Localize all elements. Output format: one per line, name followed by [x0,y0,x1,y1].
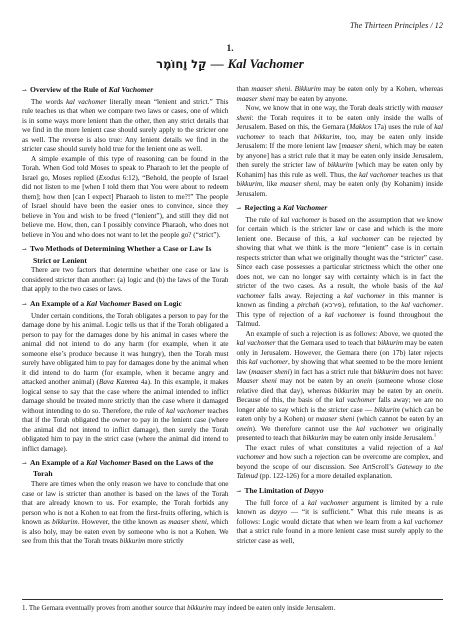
emphasis-text: kal vachomer [66,98,106,106]
footnote: 1. The Gemara eventually proves from ano… [22,599,443,613]
emphasis-text: bikkurim [373,368,399,376]
emphasis-text: pirchah [297,301,319,309]
emphasis-text: dayyo [270,508,287,516]
emphasis-text: kal vachomer [325,311,366,319]
emphasis-text: Kal Vachomer [283,203,328,212]
paragraph: There are two factors that determine whe… [22,266,229,295]
hebrew-text: פירכא [325,301,342,309]
emphasis-text: kal vachomer [237,282,444,300]
chapter-title-separator: — [211,56,224,71]
emphasis-text: maaser sheni [280,180,319,188]
chapter-title: קַל וָחוֹמֶר—Kal Vachomer [0,56,460,72]
paragraph: An example of such a rejection is as fol… [237,330,444,444]
section-marker-icon: ⊸ [237,206,245,212]
two-column-body: ⊸ Overview of the Rule of Kal VachomerTh… [22,85,443,598]
emphasis-text: onein [356,377,372,385]
paragraph: than maaser sheni. Bikkurim may be eaten… [237,85,444,104]
paragraph: The full force of a kal vachomer argumen… [237,499,444,547]
paragraph: Under certain conditions, the Torah obli… [22,312,229,455]
emphasis-text: kal vachomer [237,339,276,347]
emphasis-text: bikkurim [374,406,400,414]
section-heading: ⊸ An Example of a Kal Vachomer Based on … [22,299,229,310]
paragraph: A simple example of this type of reasoni… [22,155,229,241]
emphasis-text: Dayyo [304,486,324,495]
chapter-number: 1. [0,44,460,54]
emphasis-text: maaser sheni [251,368,289,376]
emphasis-text: Maaser sheni [237,377,277,385]
right-column: than maaser sheni. Bikkurim may be eaten… [237,85,444,598]
emphasis-text: kal vachomer [338,235,379,243]
emphasis-text: Bava Kamma [99,378,139,386]
emphasis-text: bikkurim [327,161,353,169]
emphasis-text: kal vachomer [359,171,398,179]
emphasis-text: onein [425,387,441,395]
section-marker-icon: ⊸ [22,247,30,253]
section-marker-icon: ⊸ [237,489,245,495]
footnote-ref: 1 [434,433,436,438]
emphasis-text: Makkos [349,123,371,131]
emphasis-text: kal vachomer [356,425,398,433]
emphasis-text: bikkurim [237,180,263,188]
emphasis-text: bikkurim [187,604,212,612]
section-heading: ⊸ An Example of a Kal Vachomer Based on … [22,458,229,479]
section-heading: ⊸ The Limitation of Dayyo [237,486,444,497]
emphasis-text: kal vachomer [336,396,376,404]
section-heading: ⊸ Rejecting a Kal Vachomer [237,203,444,214]
emphasis-text: bikkurim [52,518,78,526]
emphasis-text: kal vachomer [166,407,205,415]
emphasis-text: kal vachomer [404,518,443,526]
emphasis-text: maaser sheni [342,142,381,150]
book-page: The Thirteen Principles / 12 1. קַל וָחו… [0,0,460,643]
emphasis-text: bikkurim [314,133,340,141]
emphasis-text: maaser sheni [237,104,444,122]
emphasis-text: Bikkurim [295,85,321,93]
chapter-title-hebrew: קַל וָחוֹמֶר [156,57,206,71]
section-heading: ⊸ Two Methods of Determining Whether a C… [22,244,229,265]
left-column: ⊸ Overview of the Rule of Kal VachomerTh… [22,85,229,598]
emphasis-text: onein [237,425,253,433]
section-marker-icon: ⊸ [22,461,30,467]
emphasis-text: maaser sheni [251,85,290,93]
emphasis-text: maaser sheni [316,415,355,423]
paragraph: The rule of kal vachomer is based on the… [237,216,444,330]
paragraph: Now, we know that in one way, the Torah … [237,104,444,199]
emphasis-text: kal vachomer [401,301,441,309]
section-marker-icon: ⊸ [22,302,30,308]
chapter-title-latin: Kal Vachomer [228,56,304,71]
emphasis-text: bikkurim [120,537,146,545]
emphasis-text: bikkurim [334,387,360,395]
emphasis-text: Kal Vachomer [109,85,154,94]
paragraph: The words kal vachomer literally mean “l… [22,98,229,155]
emphasis-text: kal vachomer [344,292,385,300]
emphasis-text: Kal Vachomer [86,458,131,467]
emphasis-text: kal vachomer [237,123,444,141]
emphasis-text: maaser sheni [168,518,207,526]
emphasis-text: Kal Vachomer [86,299,131,308]
emphasis-text: Exodus [99,174,120,182]
running-header: The Thirteen Principles / 12 [350,21,443,30]
paragraph: There are times when the only reason we … [22,480,229,547]
emphasis-text: kal vachomer [308,499,349,507]
emphasis-text: kal vachomer [237,444,444,462]
paragraph: The exact rules of what constitutes a va… [237,444,444,482]
emphasis-text: kal vachomer [281,216,320,224]
section-marker-icon: ⊸ [22,88,30,94]
emphasis-text: bikkurim [303,434,329,442]
emphasis-text: Gateway to the Talmud [237,463,444,481]
emphasis-text: maaser sheni [237,95,275,103]
emphasis-text: bikkurim [378,339,404,347]
emphasis-text: kal vachomer [249,358,288,366]
section-heading: ⊸ Overview of the Rule of Kal Vachomer [22,85,229,96]
